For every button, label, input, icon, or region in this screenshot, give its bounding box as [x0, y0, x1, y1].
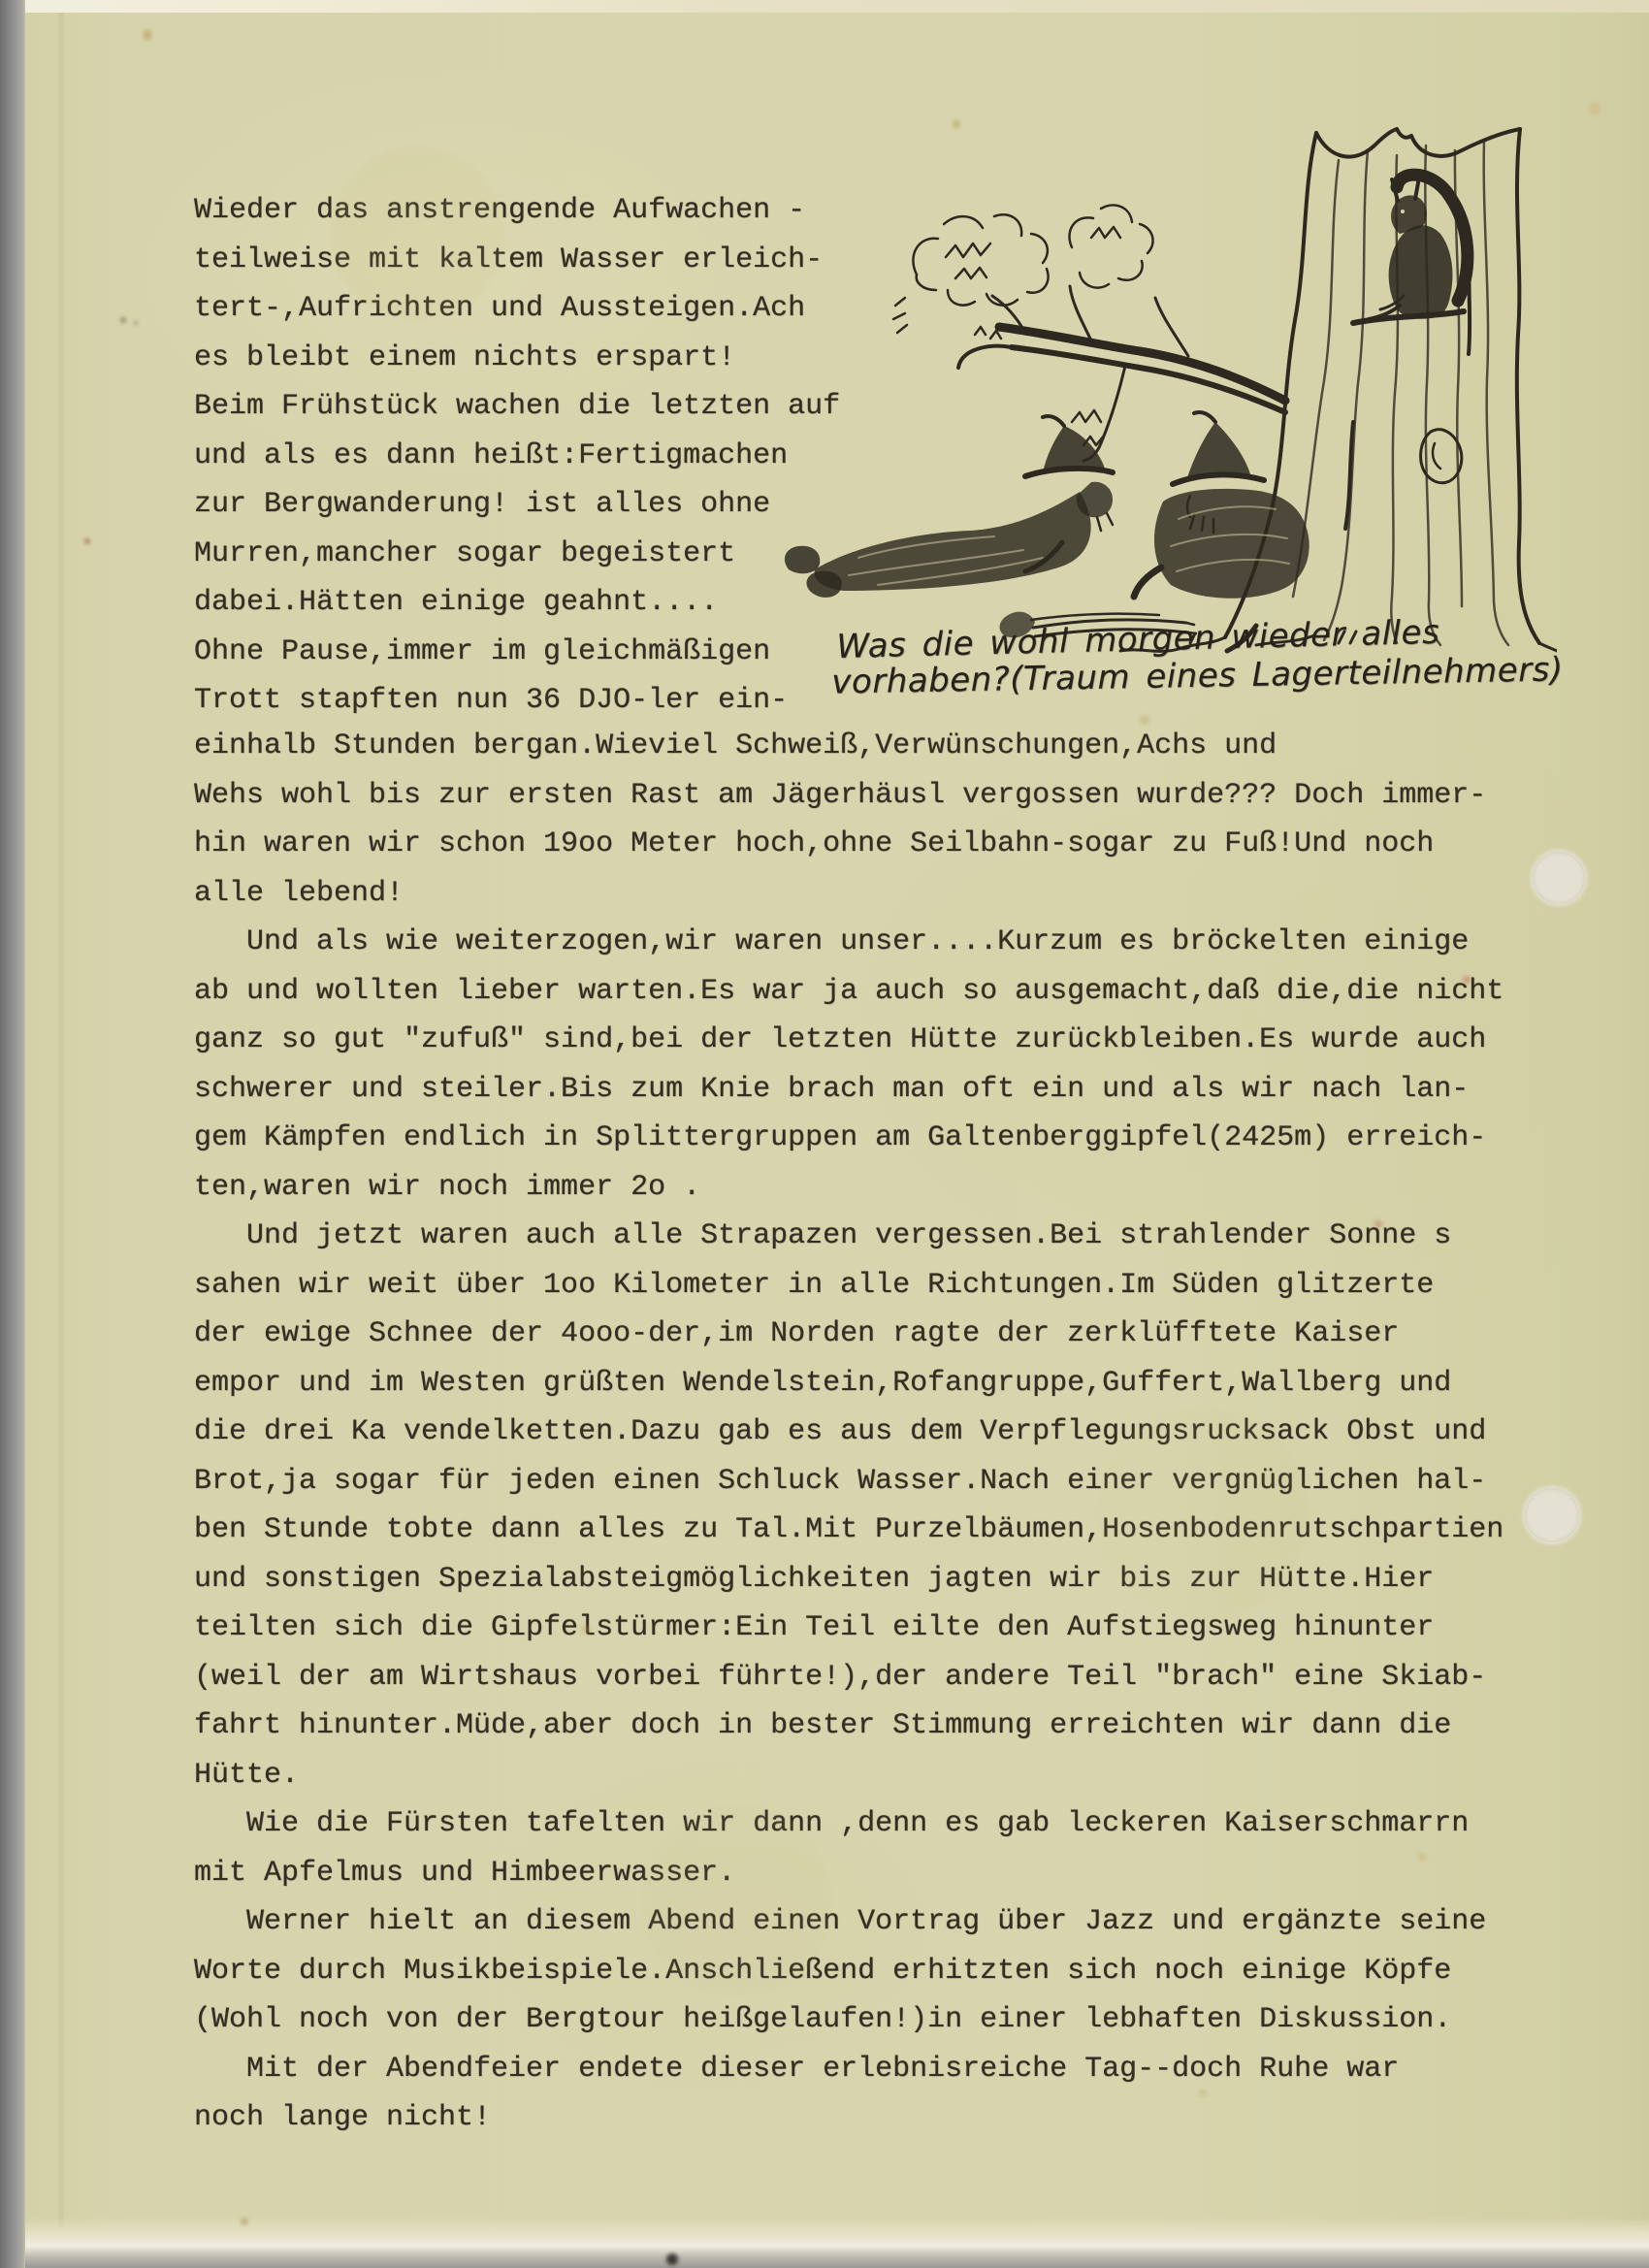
paper-stain [953, 120, 960, 128]
typed-line: einhalb Stunden bergan.Wieviel Schweiß,V… [194, 722, 1503, 771]
typed-line: tert-,Aufrichten und Aussteigen.Ach [194, 284, 840, 334]
typed-line: ganz so gut "zufuß" sind,bei der letzten… [194, 1016, 1503, 1065]
paper-stain [120, 317, 126, 323]
typed-line: gem Kämpfen endlich in Splittergruppen a… [194, 1114, 1503, 1163]
paper-stain [1374, 1220, 1382, 1228]
typed-line: es bleibt einem nichts erspart! [194, 334, 840, 383]
typed-line: hin waren wir schon 19oo Meter hoch,ohne… [194, 820, 1503, 869]
paper-stain [581, 1625, 591, 1635]
typed-line: Wie die Fürsten tafelten wir dann ,denn … [194, 1799, 1503, 1849]
paper-edge-bottom [0, 2218, 1649, 2268]
typed-line: Werner hielt an diesem Abend einen Vortr… [194, 1897, 1503, 1947]
paper-stain [1463, 976, 1471, 984]
typed-line: Wieder das anstrengende Aufwachen - [194, 186, 840, 236]
scanned-letter-page: Wieder das anstrengende Aufwachen -teilw… [0, 0, 1649, 2268]
typed-line: ab und wollten lieber warten.Es war ja a… [194, 967, 1503, 1017]
scanner-edge-left [0, 0, 25, 2268]
typed-line: Worte durch Musikbeispiele.Anschließend … [194, 1947, 1503, 1996]
hole-punch-top [1533, 852, 1585, 904]
typed-line: sahen wir weit über 1oo Kilometer in all… [194, 1261, 1503, 1311]
typed-line: Wehs wohl bis zur ersten Rast am Jägerhä… [194, 771, 1503, 821]
typed-body: einhalb Stunden bergan.Wieviel Schweiß,V… [194, 722, 1503, 2143]
paper-stain [666, 2253, 678, 2265]
paper-stain [1199, 2090, 1207, 2097]
typed-line: der ewige Schnee der 4ooo-der,im Norden … [194, 1310, 1503, 1359]
typed-line: teilweise mit kaltem Wasser erleich- [194, 236, 840, 285]
typed-line: empor und im Westen grüßten Wendelstein,… [194, 1359, 1503, 1409]
paper-stain [241, 2218, 248, 2225]
paper-stain [84, 538, 90, 544]
camp-illustration [771, 112, 1557, 655]
typed-line: und als es dann heißt:Fertigmachen [194, 432, 840, 481]
paper-stain [1096, 1407, 1309, 1620]
paper-stain [640, 1804, 834, 1998]
typed-line: Ohne Pause,immer im gleichmäßigen [194, 628, 840, 677]
typed-line: teilten sich die Gipfelstürmer:Ein Teil … [194, 1604, 1503, 1653]
typed-line: und sonstigen Spezialabsteigmöglichkeite… [194, 1555, 1503, 1604]
typed-line: Murren,mancher sogar begeistert [194, 530, 840, 579]
typed-line: Und jetzt waren auch alle Strapazen verg… [194, 1212, 1503, 1261]
paper-stain [143, 30, 152, 40]
paper-crease [58, 0, 64, 2268]
typed-line: (Wohl noch von der Bergtour heißgelaufen… [194, 1995, 1503, 2045]
typed-line: Und als wie weiterzogen,wir waren unser.… [194, 918, 1503, 967]
typed-line: Hütte. [194, 1751, 1503, 1800]
typed-line: zur Bergwanderung! ist alles ohne [194, 480, 840, 530]
typed-line: alle lebend! [194, 869, 1503, 919]
typed-line: schwerer und steiler.Bis zum Knie brach … [194, 1065, 1503, 1115]
typed-line: Trott stapften nun 36 DJO-ler ein- [194, 676, 840, 726]
typed-line: noch lange nicht! [194, 2093, 1503, 2143]
branch [958, 286, 1285, 461]
paper-stain [1140, 715, 1149, 725]
typed-line: mit Apfelmus und Himbeerwasser. [194, 1849, 1503, 1898]
typed-line: ten,waren wir noch immer 2o . [194, 1163, 1503, 1213]
handwritten-annotation: Was die wohl morgen wieder allesvorhaben… [836, 611, 1569, 704]
squirrel [1353, 175, 1468, 323]
paper-edge-top [25, 0, 1649, 13]
typed-line: fahrt hinunter.Müde,aber doch in bester … [194, 1701, 1503, 1751]
typed-line: die drei Ka vendelketten.Dazu gab es aus… [194, 1408, 1503, 1457]
paper-stain [1418, 1853, 1426, 1861]
typed-line: Mit der Abendfeier endete dieser erlebni… [194, 2045, 1503, 2094]
typed-line: dabei.Hätten einige geahnt.... [194, 578, 840, 628]
typed-line: (weil der am Wirtshaus vorbei führte!),d… [194, 1653, 1503, 1702]
paper-stain [330, 146, 504, 320]
typed-line: Beim Frühstück wachen die letzten auf [194, 382, 840, 432]
paper-stain [134, 321, 138, 325]
paper-stain [1588, 102, 1601, 115]
hole-punch-bottom [1525, 1488, 1579, 1542]
typed-column: Wieder das anstrengende Aufwachen -teilw… [194, 186, 840, 726]
